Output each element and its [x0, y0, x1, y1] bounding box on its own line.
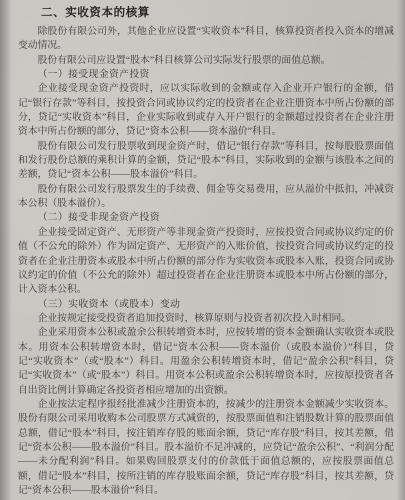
- subheading-capital-changes: （三）实收资本（或股本）变动: [18, 298, 394, 312]
- paragraph-cash-investment-entry: 企业接受现金资产投资时，应以实际收到的金额或存入企业开户银行的金额，借记“银行存…: [18, 82, 394, 139]
- scan-edge-left: [0, 0, 12, 500]
- subheading-noncash-investment: （二）接受非现金资产投资: [18, 211, 394, 225]
- paragraph-share-issue-cash: 股份有限公司发行股票收到现金资产时，借记“银行存款”等科目，按每股股票面值和发行…: [18, 140, 394, 183]
- paragraph-noncash-investment-entry: 企业接受固定资产、无形资产等非现金资产投资时，应按投资合同或协议约定的价值（不公…: [18, 226, 394, 298]
- paragraph-issue-fees: 股份有限公司发行股票发生的手续费、佣金等交易费用，应从溢价中抵扣，冲减资本公积（…: [18, 183, 394, 212]
- paragraph-capital-reduction: 企业按法定程序报经批准减少注册资本的，按减少的注册资本金额减少实收资本。股份有限…: [18, 398, 394, 498]
- document-body: 二、实收资本的核算 除股份有限公司外，其他企业应设置“实收资本”科目，核算投资者…: [18, 5, 394, 498]
- paragraph-scope-stock-companies: 股份有限公司应设置“股本”科目核算公司实际发行股票的面值总额。: [18, 54, 394, 68]
- paragraph-reserve-to-capital: 企业采用资本公积或盈余公积转增资本时，应按转增的资本金额确认实收资本或股本。用资…: [18, 326, 394, 398]
- paragraph-scope-other-companies: 除股份有限公司外，其他企业应设置“实收资本”科目，核算投资者投入资本的增减变动情…: [18, 25, 394, 54]
- scanned-book-page: { "colors": { "page_background": "#c9c6c…: [0, 0, 405, 500]
- paragraph-additional-investment: 企业按规定接受投资者追加投资时，核算原则与投资者初次投入时相同。: [18, 312, 394, 326]
- subheading-cash-investment: （一）接受现金资产投资: [18, 68, 394, 82]
- section-title: 二、实收资本的核算: [18, 5, 394, 21]
- scan-edge-right: [396, 0, 405, 500]
